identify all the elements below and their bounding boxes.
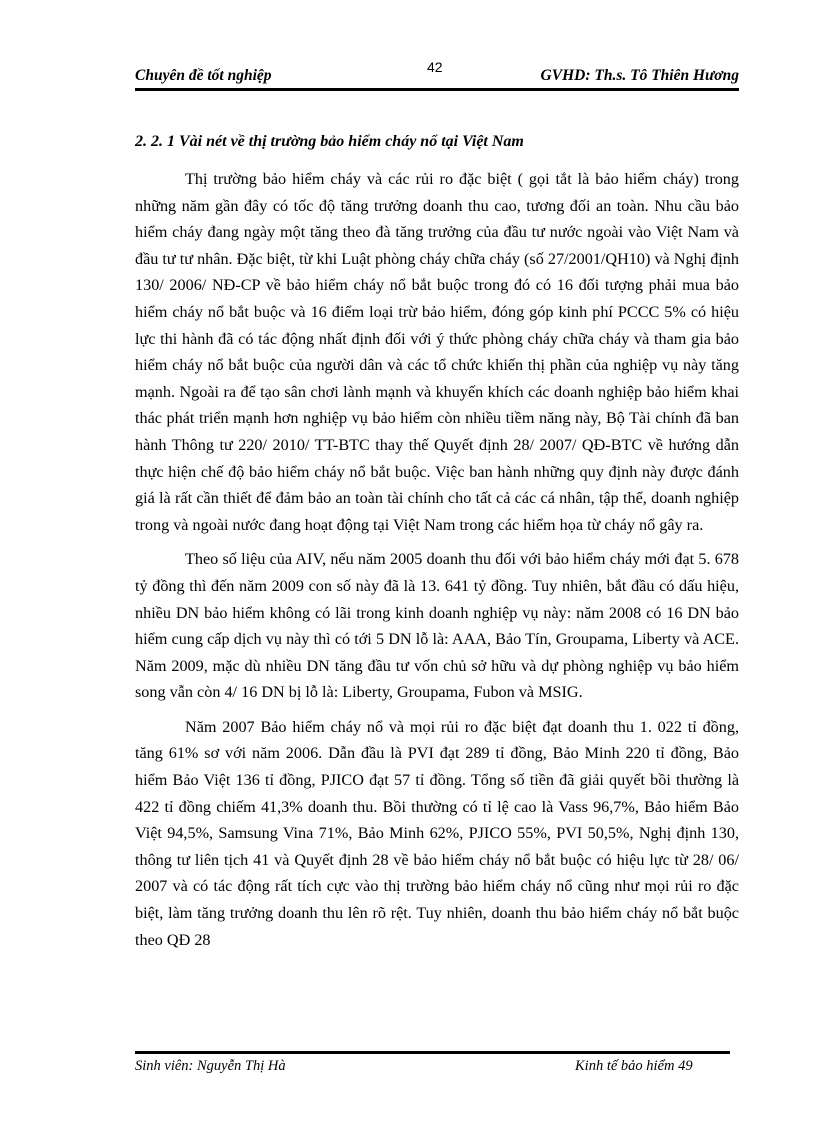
paragraph: Thị trường bảo hiểm cháy và các rủi ro đ… (135, 166, 739, 538)
header-thesis-label: Chuyên đề tốt nghiệp (135, 67, 272, 85)
footer-class: Kinh tế bảo hiểm 49 (575, 1058, 693, 1075)
body-text: Thị trường bảo hiểm cháy và các rủi ro đ… (135, 166, 739, 953)
footer-divider (135, 1051, 730, 1054)
page-header: Chuyên đề tốt nghiệp 42 GVHD: Th.s. Tô T… (135, 60, 739, 90)
section-heading: 2. 2. 1 Vài nét về thị trường bảo hiểm c… (135, 133, 524, 151)
page-number: 42 (427, 59, 443, 75)
header-divider (135, 88, 739, 91)
header-advisor: GVHD: Th.s. Tô Thiên Hương (541, 67, 739, 85)
document-page: Chuyên đề tốt nghiệp 42 GVHD: Th.s. Tô T… (0, 0, 816, 1123)
footer-student: Sinh viên: Nguyễn Thị Hà (135, 1058, 286, 1075)
paragraph: Năm 2007 Bảo hiểm cháy nổ và mọi rủi ro … (135, 714, 739, 953)
paragraph: Theo số liệu của AIV, nếu năm 2005 doanh… (135, 546, 739, 706)
